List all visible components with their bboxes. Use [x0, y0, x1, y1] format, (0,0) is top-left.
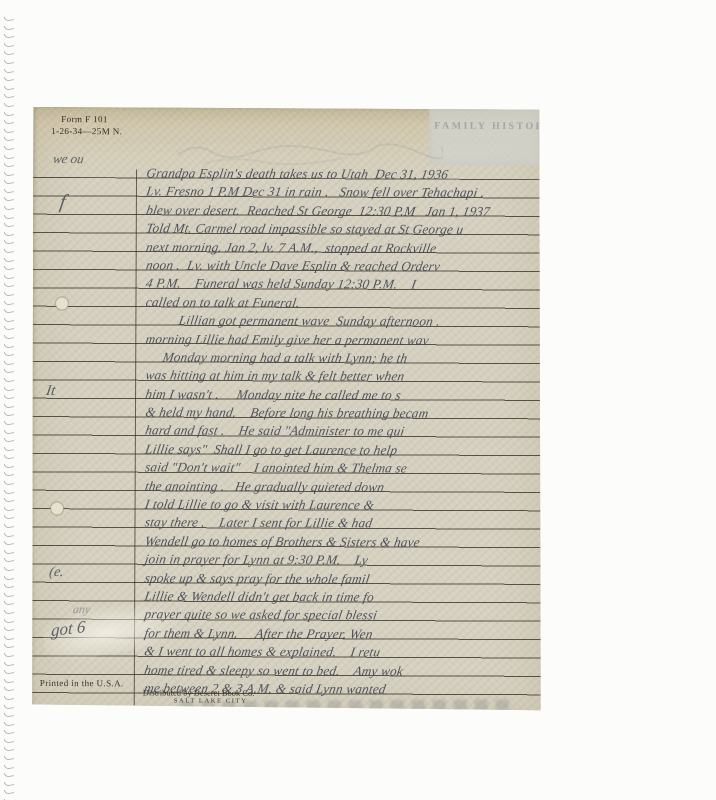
handwritten-line: Lv. Fresno 1 P.M Dec 31 in rain . Snow f… [136, 183, 542, 203]
perforation-mark [4, 144, 15, 151]
scanned-journal-screenshot: { "document": { "form_label": { "line1":… [0, 0, 716, 800]
perforation-mark [4, 479, 15, 486]
perforation-mark [4, 634, 15, 641]
perforation-mark [4, 368, 15, 375]
form-number-line2: 1-26-34—25M N. [51, 126, 122, 138]
perforation-mark [4, 462, 15, 469]
perforation-mark [4, 694, 15, 701]
perforation-mark [4, 385, 15, 392]
perforation-mark [4, 58, 15, 65]
perforation-mark [4, 703, 15, 710]
perforation-mark [4, 307, 15, 314]
perforation-mark [4, 574, 15, 581]
perforation-mark [4, 325, 15, 332]
perforation-mark [4, 24, 15, 31]
handwritten-line: spoke up & says pray for the whole famil [134, 569, 542, 589]
handwritten-line: Lillie says" Shall I go to get Laurence … [135, 440, 542, 460]
perforation-mark [4, 514, 15, 521]
handwritten-line: for them & Lynn. After the Prayer, Wen [134, 624, 542, 644]
handwritten-line: Monday morning had a talk with Lynn; he … [135, 348, 542, 368]
perforation-mark [4, 196, 15, 203]
perforation-mark [4, 316, 15, 323]
perforation-mark [4, 548, 15, 555]
perforation-mark [4, 445, 15, 452]
handwritten-line: him I wasn't . Monday nite he called me … [135, 385, 542, 405]
perforation-mark [4, 32, 15, 39]
form-number-line1: Form F 101 [61, 114, 122, 126]
perforation-mark [4, 101, 15, 108]
perforation-mark [4, 93, 15, 100]
perforation-mark [4, 333, 15, 340]
handwritten-line: join in prayer for Lynn at 9:30 P.M. Ly [134, 551, 542, 571]
perforation-mark [4, 359, 15, 366]
handwritten-line: blew over desert. Reached St George 12:3… [136, 201, 542, 221]
perforation-mark [4, 763, 15, 770]
perforation-mark [4, 410, 15, 417]
perforation-mark [4, 282, 15, 289]
perforation-mark [4, 239, 15, 246]
perforation-mark [4, 539, 15, 546]
pencil-scribble [173, 134, 443, 169]
punch-hole [50, 501, 65, 516]
handwritten-line: stay there . Later I sent for Lillie & h… [134, 514, 542, 534]
perforation-mark [4, 50, 15, 57]
perforation-mark [4, 522, 15, 529]
perforation-mark [4, 625, 15, 632]
perforation-mark [4, 213, 15, 220]
perforation-mark [4, 402, 15, 409]
perforation-mark [4, 651, 15, 658]
perforation-mark [4, 720, 15, 727]
perforation-mark [4, 643, 15, 650]
perforation-mark [4, 728, 15, 735]
perforation-mark [4, 75, 15, 82]
perforation-mark [4, 685, 15, 692]
perforation-mark [4, 67, 15, 74]
form-number-label: Form F 101 1-26-34—25M N. [51, 114, 122, 138]
perforation-mark [4, 299, 15, 306]
perforation-mark [4, 789, 15, 796]
perforation-mark [4, 565, 15, 572]
handwritten-line: & I went to all homes & explained. I ret… [134, 643, 542, 663]
handwritten-line: prayer quite so we asked for special ble… [134, 606, 542, 626]
perforation-mark [4, 428, 15, 435]
distributor-stamp: Distributed by Deseret Book Co. [143, 687, 255, 697]
handwritten-line: the anointing . He gradually quieted dow… [135, 477, 542, 497]
perforation-mark [4, 737, 15, 744]
perforation-mark [4, 230, 15, 237]
perforation-mark [4, 247, 15, 254]
family-history-stamp-box: FAMILY HISTORY [429, 109, 540, 165]
perforation-mark [4, 170, 15, 177]
perforation-mark [4, 608, 15, 615]
perforation-mark [4, 600, 15, 607]
perforation-mark [4, 342, 15, 349]
handwritten-line: I told Lillie to go & visit with Laurenc… [135, 495, 543, 515]
perforation-mark [4, 41, 15, 48]
perforation-mark [4, 677, 15, 684]
family-history-watermark: FAMILY HISTORY [434, 121, 554, 133]
handwritten-line: 4 P.M. Funeral was held Sunday 12:30 P.M… [136, 275, 543, 295]
perforation-mark [4, 161, 15, 168]
handwritten-line: called on to talk at Funeral. [135, 293, 542, 313]
perforation-mark [4, 471, 15, 478]
scanned-page: Form F 101 1-26-34—25M N. FAMILY HISTORY… [31, 107, 544, 715]
handwritten-line: Lillie & Wendell didn't get back in time… [134, 587, 542, 607]
perforation-mark [4, 557, 15, 564]
perforation-strip [4, 16, 20, 796]
handwritten-line: was hitting at him in my talk & felt bet… [135, 367, 542, 387]
perforation-mark [4, 256, 15, 263]
printed-in-usa-stamp: Printed in the U.S.A. [40, 678, 124, 688]
perforation-mark [4, 264, 15, 271]
perforation-mark [4, 127, 15, 134]
perforation-mark [4, 496, 15, 503]
margin-note: any [72, 602, 92, 617]
perforation-mark [4, 15, 15, 22]
perforation-mark [4, 453, 15, 460]
handwritten-line: next morning. Jan 2, lv. 7 A.M., stopped… [136, 238, 542, 258]
perforation-mark [4, 711, 15, 718]
perforation-mark [4, 668, 15, 675]
perforation-mark [4, 350, 15, 357]
punch-hole [54, 296, 69, 311]
perforation-mark [4, 660, 15, 667]
handwritten-line: Grandpa Esplin's death takes us to Utah … [136, 164, 542, 184]
perforation-mark [4, 153, 15, 160]
handwritten-line: home tired & sleepy so went to bed. Amy … [134, 661, 542, 681]
handwriting-column: Grandpa Esplin's death takes us to Utah … [134, 164, 542, 702]
perforation-mark [4, 419, 15, 426]
perforation-mark [4, 110, 15, 117]
perforation-mark [4, 617, 15, 624]
handwritten-line: Told Mt. Carmel road impassible so staye… [136, 220, 542, 240]
perforation-mark [4, 505, 15, 512]
perforation-mark [4, 204, 15, 211]
margin-note: we ou [52, 151, 85, 167]
handwritten-line: said "Don't wait" I anointed him & Thelm… [135, 459, 542, 479]
perforation-mark [4, 780, 15, 787]
ink-bleed-through [181, 699, 511, 712]
perforation-mark [4, 135, 15, 142]
handwritten-line: noon . Lv. with Uncle Dave Esplin & reac… [136, 256, 542, 276]
margin-note: got 6 [51, 617, 86, 641]
perforation-mark [4, 746, 15, 753]
perforation-mark [4, 221, 15, 228]
margin-note: (e. [48, 565, 65, 581]
perforation-mark [4, 582, 15, 589]
handwritten-line: & held my hand. Before long his breathin… [135, 403, 542, 423]
perforation-mark [4, 436, 15, 443]
perforation-mark [4, 187, 15, 194]
perforation-mark [4, 591, 15, 598]
perforation-mark [4, 118, 15, 125]
perforation-mark [4, 531, 15, 538]
handwritten-line: morning Lillie had Emily give her a perm… [135, 330, 542, 350]
perforation-mark [4, 290, 15, 297]
perforation-mark [4, 178, 15, 185]
perforation-mark [4, 393, 15, 400]
perforation-mark [4, 84, 15, 91]
handwritten-line: hard and fast . He said "Administer to m… [135, 422, 542, 442]
perforation-mark [4, 488, 15, 495]
handwritten-line: Lillian got permanent wave Sunday aftern… [135, 311, 542, 331]
perforation-mark [4, 273, 15, 280]
perforation-mark [4, 754, 15, 761]
perforation-mark [4, 771, 15, 778]
handwritten-line: Wendell go to homes of Brothers & Sister… [134, 532, 542, 552]
perforation-mark [4, 376, 15, 383]
